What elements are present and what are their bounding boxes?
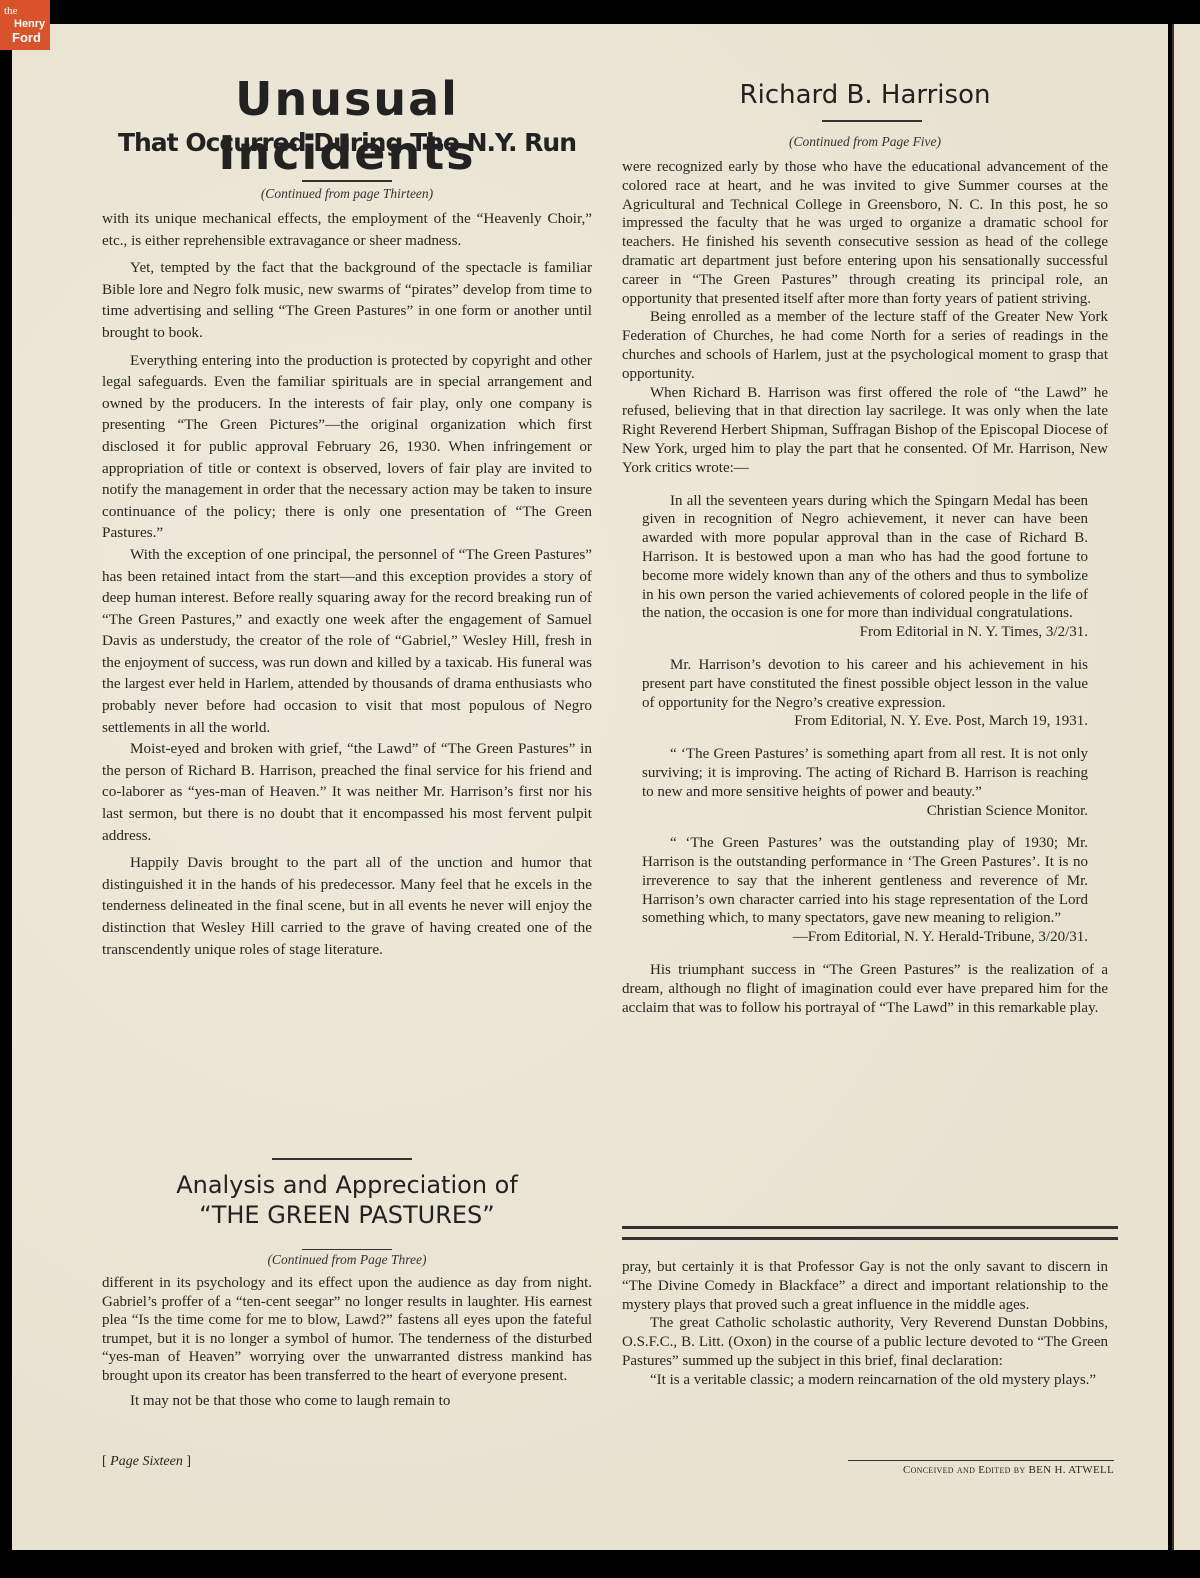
critic-quote: “ ‘The Green Pastures’ was the outstandi… [622, 834, 1108, 947]
quote-source: From Editorial, N. Y. Eve. Post, March 1… [642, 712, 1088, 731]
critic-quote: In all the seventeen years during which … [622, 492, 1108, 642]
paragraph: Being enrolled as a member of the lectur… [622, 308, 1108, 383]
title-divider [822, 120, 922, 122]
paragraph: Yet, tempted by the fact that the backgr… [102, 257, 592, 343]
continued-note: (Continued from Page Three) [102, 1252, 592, 1268]
harrison-body: were recognized early by those who have … [622, 158, 1108, 1017]
paragraph: Happily Davis brought to the part all of… [102, 852, 592, 960]
logo-henry: Henry [14, 19, 45, 30]
paragraph: different in its psychology and its effe… [102, 1274, 592, 1386]
paragraph: pray, but certainly it is that Professor… [622, 1258, 1108, 1314]
double-rule-divider [622, 1226, 1118, 1240]
quote-text: “ ‘The Green Pastures’ is something apar… [642, 745, 1088, 801]
article-title-unusual-incidents: Unusual Incidents [102, 72, 592, 180]
paragraph: Moist-eyed and broken with grief, “the L… [102, 738, 592, 846]
article-subtitle: That Occurred During The N.Y. Run [102, 128, 592, 157]
critic-quote: “ ‘The Green Pastures’ is something apar… [622, 745, 1108, 820]
section-divider [272, 1158, 412, 1160]
quote-source: Christian Science Monitor. [642, 802, 1088, 821]
paragraph: were recognized early by those who have … [622, 158, 1108, 308]
article-body: with its unique mechanical effects, the … [102, 208, 592, 960]
analysis-continuation: pray, but certainly it is that Professor… [622, 1258, 1108, 1390]
paragraph: Everything entering into the production … [102, 350, 592, 544]
paragraph: with its unique mechanical effects, the … [102, 208, 592, 251]
continued-note: (Continued from Page Five) [622, 134, 1108, 150]
paragraph: With the exception of one principal, the… [102, 544, 592, 738]
paragraph: When Richard B. Harrison was first offer… [622, 384, 1108, 478]
continued-note: (Continued from page Thirteen) [102, 186, 592, 202]
closing-paragraph: His triumphant success in “The Green Pas… [622, 961, 1108, 1017]
article-title-harrison: Richard B. Harrison [622, 80, 1108, 110]
title-divider [302, 1249, 392, 1250]
magazine-page: Unusual Incidents That Occurred During T… [12, 24, 1168, 1550]
article-title-analysis: Analysis and Appreciation of “THE GREEN … [102, 1170, 592, 1230]
critic-quote: Mr. Harrison’s devotion to his career an… [622, 656, 1108, 731]
quote-source: From Editorial in N. Y. Times, 3/2/31. [642, 623, 1088, 642]
paragraph: The great Catholic scholastic authority,… [622, 1314, 1108, 1370]
quote-text: “ ‘The Green Pastures’ was the outstandi… [642, 834, 1088, 928]
page-number: [ Page Sixteen ] [102, 1454, 191, 1470]
paragraph: “It is a veritable classic; a modern rei… [622, 1371, 1108, 1390]
analysis-body: different in its psychology and its effe… [102, 1274, 592, 1410]
logo-the: the [4, 6, 17, 17]
page-number-label: Page Sixteen [110, 1454, 183, 1469]
the-henry-ford-logo: the Henry Ford [0, 0, 50, 50]
editor-credit: Conceived and Edited by BEN H. ATWELL [848, 1460, 1114, 1476]
quote-text: Mr. Harrison’s devotion to his career an… [642, 656, 1088, 712]
analysis-title-line1: Analysis and Appreciation of [102, 1170, 592, 1200]
paragraph: It may not be that those who come to lau… [102, 1392, 592, 1411]
logo-ford: Ford [12, 31, 41, 44]
quote-text: In all the seventeen years during which … [642, 492, 1088, 624]
adjacent-page-edge [1172, 24, 1200, 1550]
title-divider [302, 180, 392, 182]
analysis-title-line2: “THE GREEN PASTURES” [102, 1200, 592, 1230]
quote-source: —From Editorial, N. Y. Herald-Tribune, 3… [642, 928, 1088, 947]
